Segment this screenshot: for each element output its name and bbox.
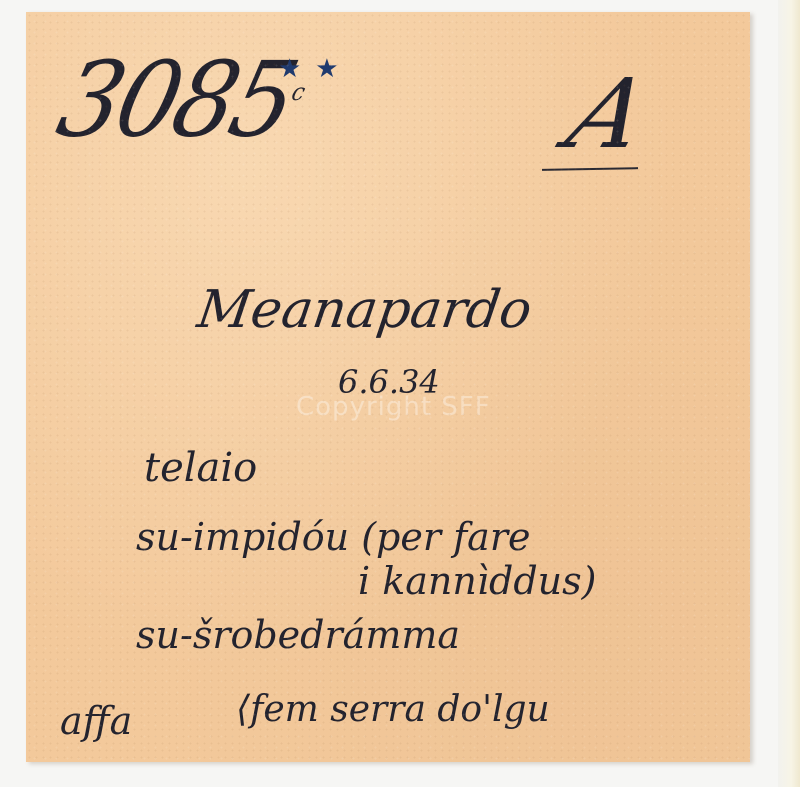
catalog-number: 3085c <box>49 48 311 152</box>
place-name: Meanapardo <box>194 284 535 336</box>
entry-line-1: telaio <box>144 448 257 488</box>
grade-letter: A <box>557 66 661 162</box>
entry-line-3: i kannìddus) <box>358 562 596 600</box>
signature: affa <box>60 702 132 740</box>
entry-line-5: ⟨fem serra do'lgu <box>236 692 550 728</box>
index-card: 3085c ★★ A Meanapardo 6.6.34 Copyright S… <box>26 12 750 762</box>
star-marks-icon: ★★ <box>278 56 353 82</box>
copyright-watermark: Copyright SFF <box>296 392 491 422</box>
grade-underline <box>542 167 638 171</box>
entry-line-2: su-impidóu (per fare <box>136 518 531 556</box>
stacked-card-edge <box>778 0 800 787</box>
entry-line-4: su-šrobedrámma <box>136 616 460 654</box>
catalog-number-value: 3085 <box>47 40 305 161</box>
